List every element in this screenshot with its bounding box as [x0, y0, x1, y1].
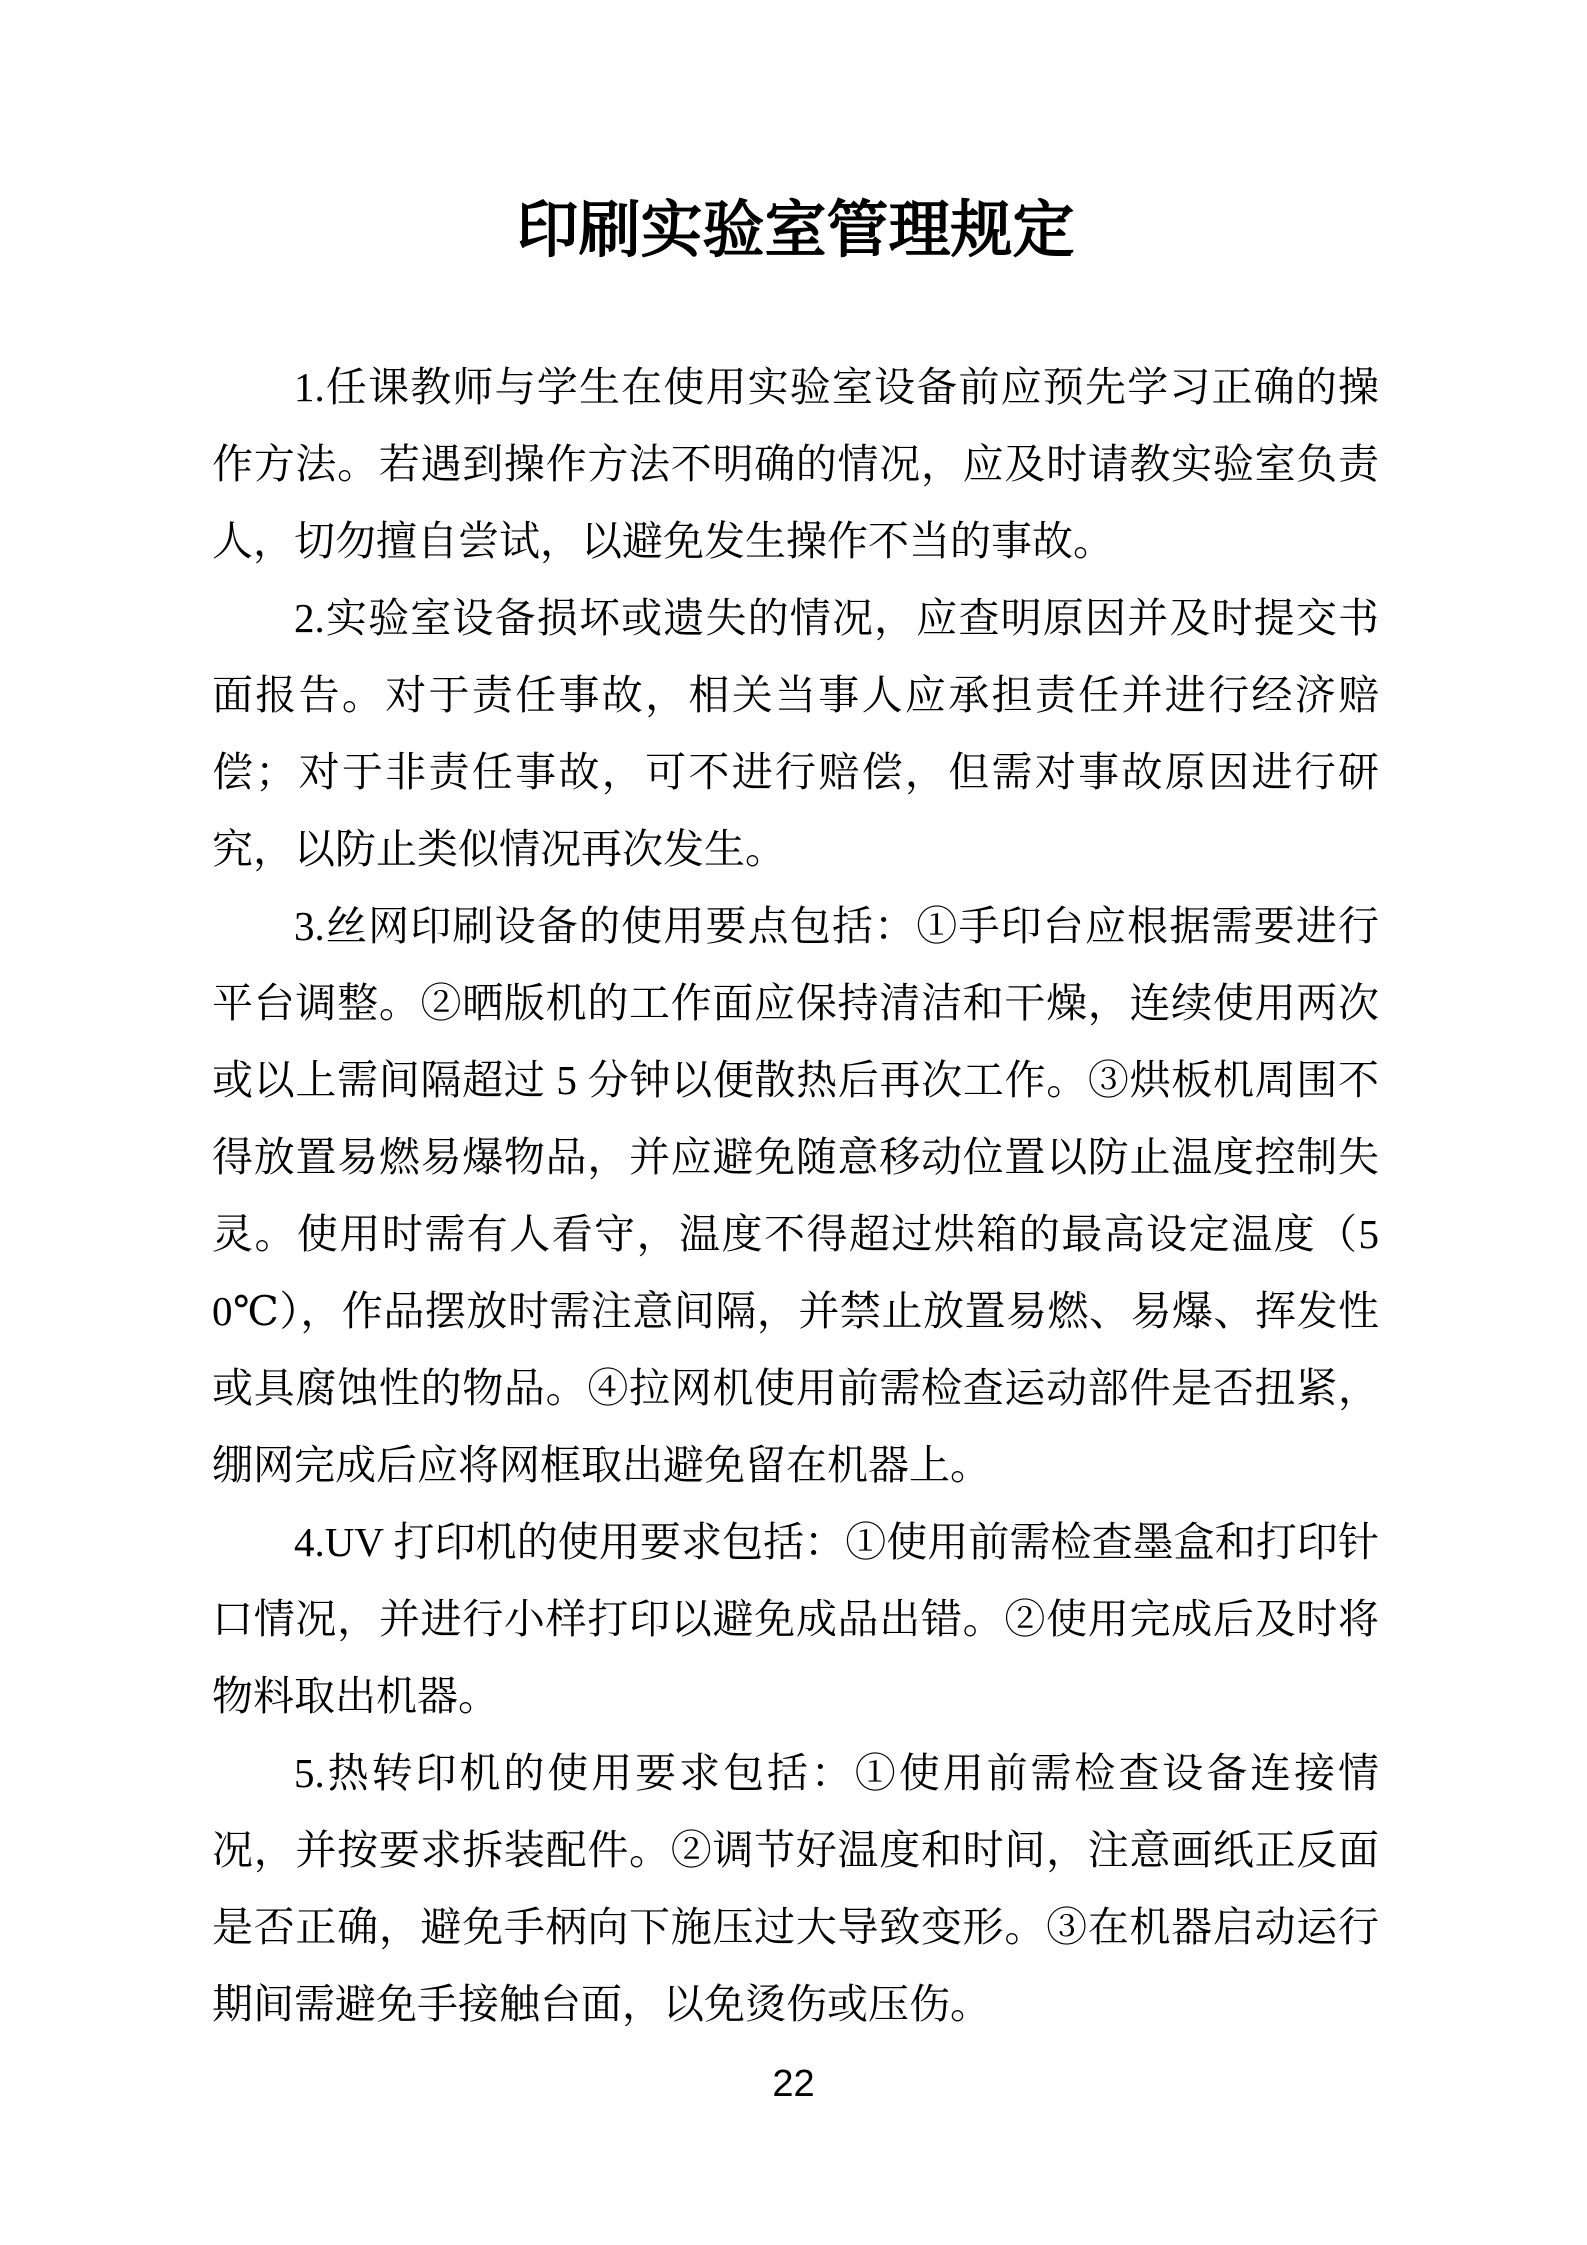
paragraph-3: 3.丝网印刷设备的使用要点包括：①手印台应根据需要进行平台调整。②晒版机的工作面…	[212, 888, 1379, 1504]
paragraph-2: 2.实验室设备损坏或遗失的情况，应查明原因并及时提交书面报告。对于责任事故，相关…	[212, 580, 1379, 888]
paragraph-5: 5.热转印机的使用要求包括：①使用前需检查设备连接情况，并按要求拆装配件。②调节…	[212, 1735, 1379, 2043]
page-footer: 22	[0, 2062, 1587, 2106]
paragraph-1: 1.任课教师与学生在使用实验室设备前应预先学习正确的操作方法。若遇到操作方法不明…	[212, 349, 1379, 580]
page-title: 印刷实验室管理规定	[212, 196, 1379, 264]
document-body: 1.任课教师与学生在使用实验室设备前应预先学习正确的操作方法。若遇到操作方法不明…	[212, 349, 1379, 2043]
paragraph-4: 4.UV 打印机的使用要求包括：①使用前需检查墨盒和打印针口情况，并进行小样打印…	[212, 1504, 1379, 1735]
document-page: 印刷实验室管理规定 1.任课教师与学生在使用实验室设备前应预先学习正确的操作方法…	[0, 0, 1587, 2245]
page-number: 22	[772, 2063, 814, 2105]
